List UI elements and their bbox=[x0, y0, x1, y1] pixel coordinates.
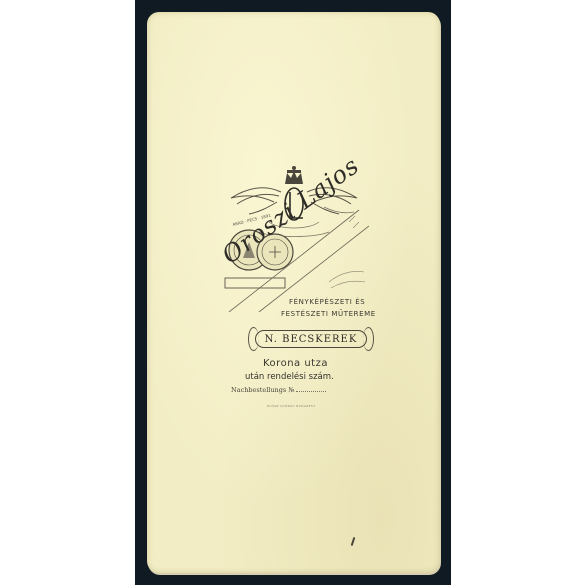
city-label: N. BECSKEREK bbox=[265, 334, 358, 345]
reorder-label: Nachbestellungs № bbox=[231, 386, 294, 394]
city-cartouche: N. BECSKEREK bbox=[255, 330, 367, 348]
printer-imprint: KLÖSZ GYÖRGY BUDAPEST bbox=[267, 404, 315, 408]
street-address: Korona utza bbox=[263, 358, 328, 369]
studio-title-line1: FÉNYKÉPÉSZETI ÉS bbox=[289, 298, 365, 306]
reorder-blank-line bbox=[296, 391, 326, 392]
dirt-speck bbox=[351, 537, 356, 546]
reorder-number-field: Nachbestellungs № bbox=[231, 386, 326, 394]
order-note: után rendelési szám. bbox=[245, 372, 334, 382]
studio-title-line2: FESTÉSZETI MŰTEREME bbox=[281, 310, 376, 318]
cabinet-card-back: ARAD · PÉCS · 1891 Oroszi Lajos FÉNYKÉPÉ… bbox=[147, 12, 440, 573]
crown-icon bbox=[285, 166, 303, 184]
